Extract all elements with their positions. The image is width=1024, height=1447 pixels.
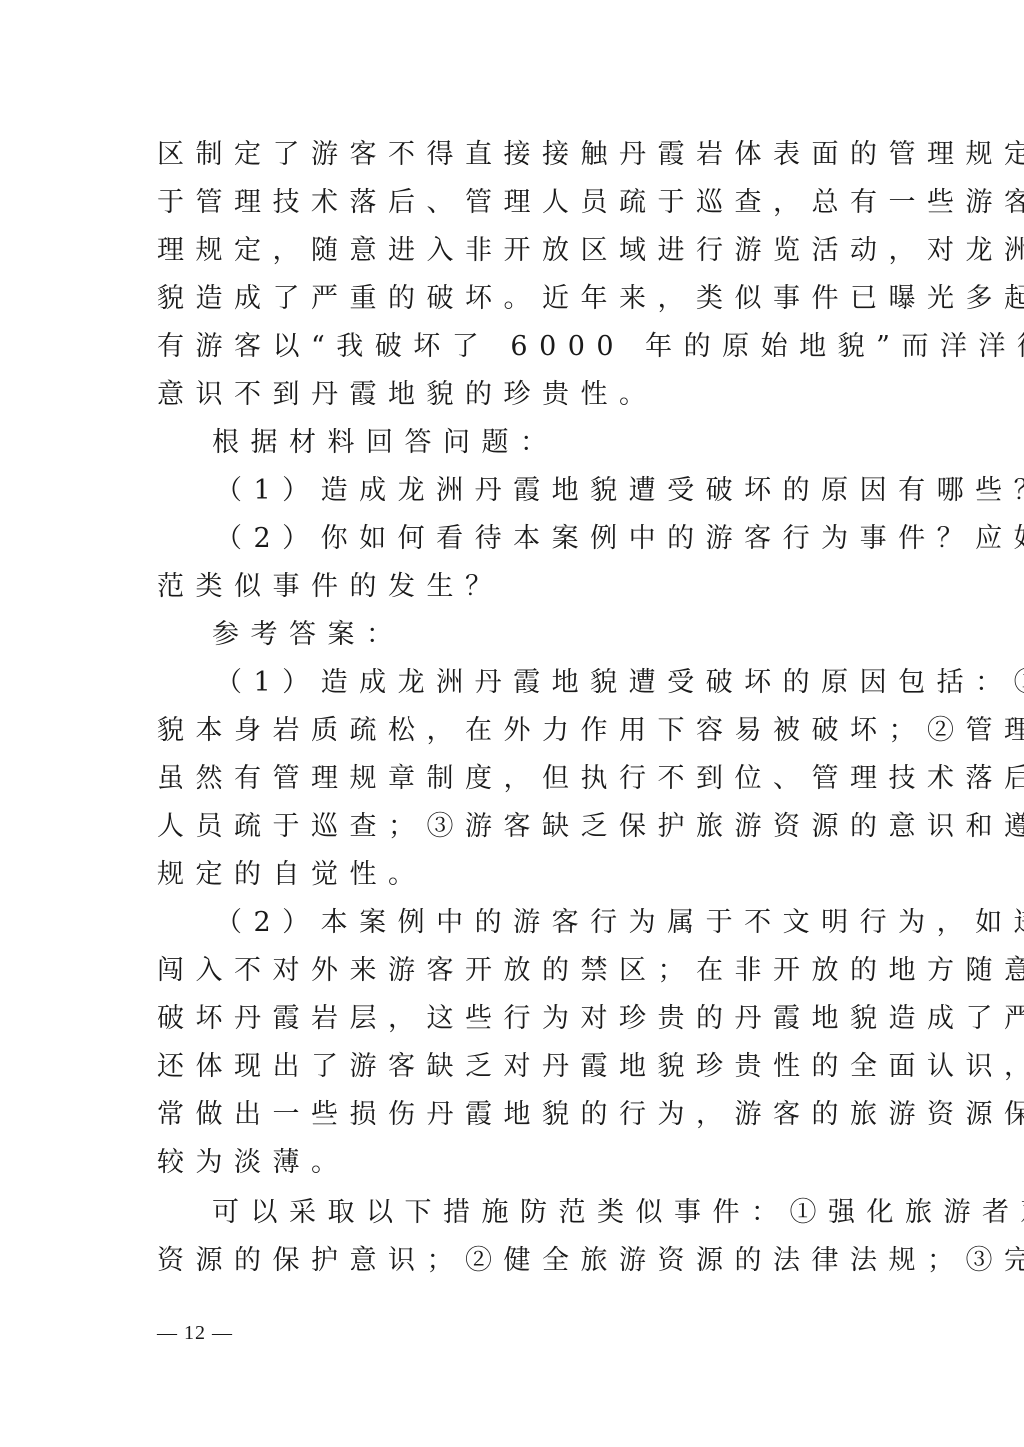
paragraph-line: 区制定了游客不得直接接触丹霞岩体表面的管理规定，但由: [157, 138, 1024, 172]
answer-heading: 参考答案：: [212, 618, 405, 652]
paragraph-line: 有游客以“我破坏了 6000 年的原始地貌”而洋洋得意，完全: [157, 330, 1024, 364]
answer-2-line: （2）本案例中的游客行为属于不文明行为，如违反规定: [215, 906, 1024, 940]
answer-1-line: 人员疏于巡查；③游客缺乏保护旅游资源的意识和遵守管理: [157, 810, 1024, 844]
answer-2-line: 较为淡薄。: [157, 1146, 350, 1180]
paragraph-line: 理规定，随意进入非开放区域进行游览活动，对龙洲丹霞地: [157, 234, 1024, 268]
answer-1-line: （1）造成龙洲丹霞地貌遭受破坏的原因包括：①丹霞地: [215, 666, 1024, 700]
question-prompt: 根据材料回答问题：: [212, 426, 559, 460]
answer-2-line: 还体现出了游客缺乏对丹霞地貌珍贵性的全面认识，甚至经: [157, 1050, 1024, 1084]
question-2-continued: 范类似事件的发生？: [157, 570, 504, 604]
answer-2-line: 闯入不对外来游客开放的禁区；在非开放的地方随意活动，: [157, 954, 1024, 988]
measures-line: 资源的保护意识；②健全旅游资源的法律法规；③完善风景: [157, 1244, 1024, 1278]
question-1: （1）造成龙洲丹霞地貌遭受破坏的原因有哪些？: [215, 474, 1024, 508]
question-2: （2）你如何看待本案例中的游客行为事件？应如何防: [215, 522, 1024, 556]
paragraph-line: 于管理技术落后、管理人员疏于巡查，总有一些游客违反管: [157, 186, 1024, 220]
page-number: — 12 —: [157, 1322, 233, 1345]
answer-1-line: 虽然有管理规章制度，但执行不到位、管理技术落后、管理: [157, 762, 1024, 796]
paragraph-line: 意识不到丹霞地貌的珍贵性。: [157, 378, 658, 412]
document-page: 区制定了游客不得直接接触丹霞岩体表面的管理规定，但由 于管理技术落后、管理人员疏…: [0, 0, 1024, 1447]
measures-line: 可以采取以下措施防范类似事件：①强化旅游者对旅游: [212, 1196, 1024, 1230]
answer-2-line: 常做出一些损伤丹霞地貌的行为，游客的旅游资源保护意识: [157, 1098, 1024, 1132]
answer-2-line: 破坏丹霞岩层，这些行为对珍贵的丹霞地貌造成了严重损害。: [157, 1002, 1024, 1036]
answer-1-line: 貌本身岩质疏松，在外力作用下容易被破坏；②管理不到位，: [157, 714, 1024, 748]
paragraph-line: 貌造成了严重的破坏。近年来，类似事件已曝光多起，甚至: [157, 282, 1024, 316]
answer-1-line: 规定的自觉性。: [157, 858, 427, 892]
